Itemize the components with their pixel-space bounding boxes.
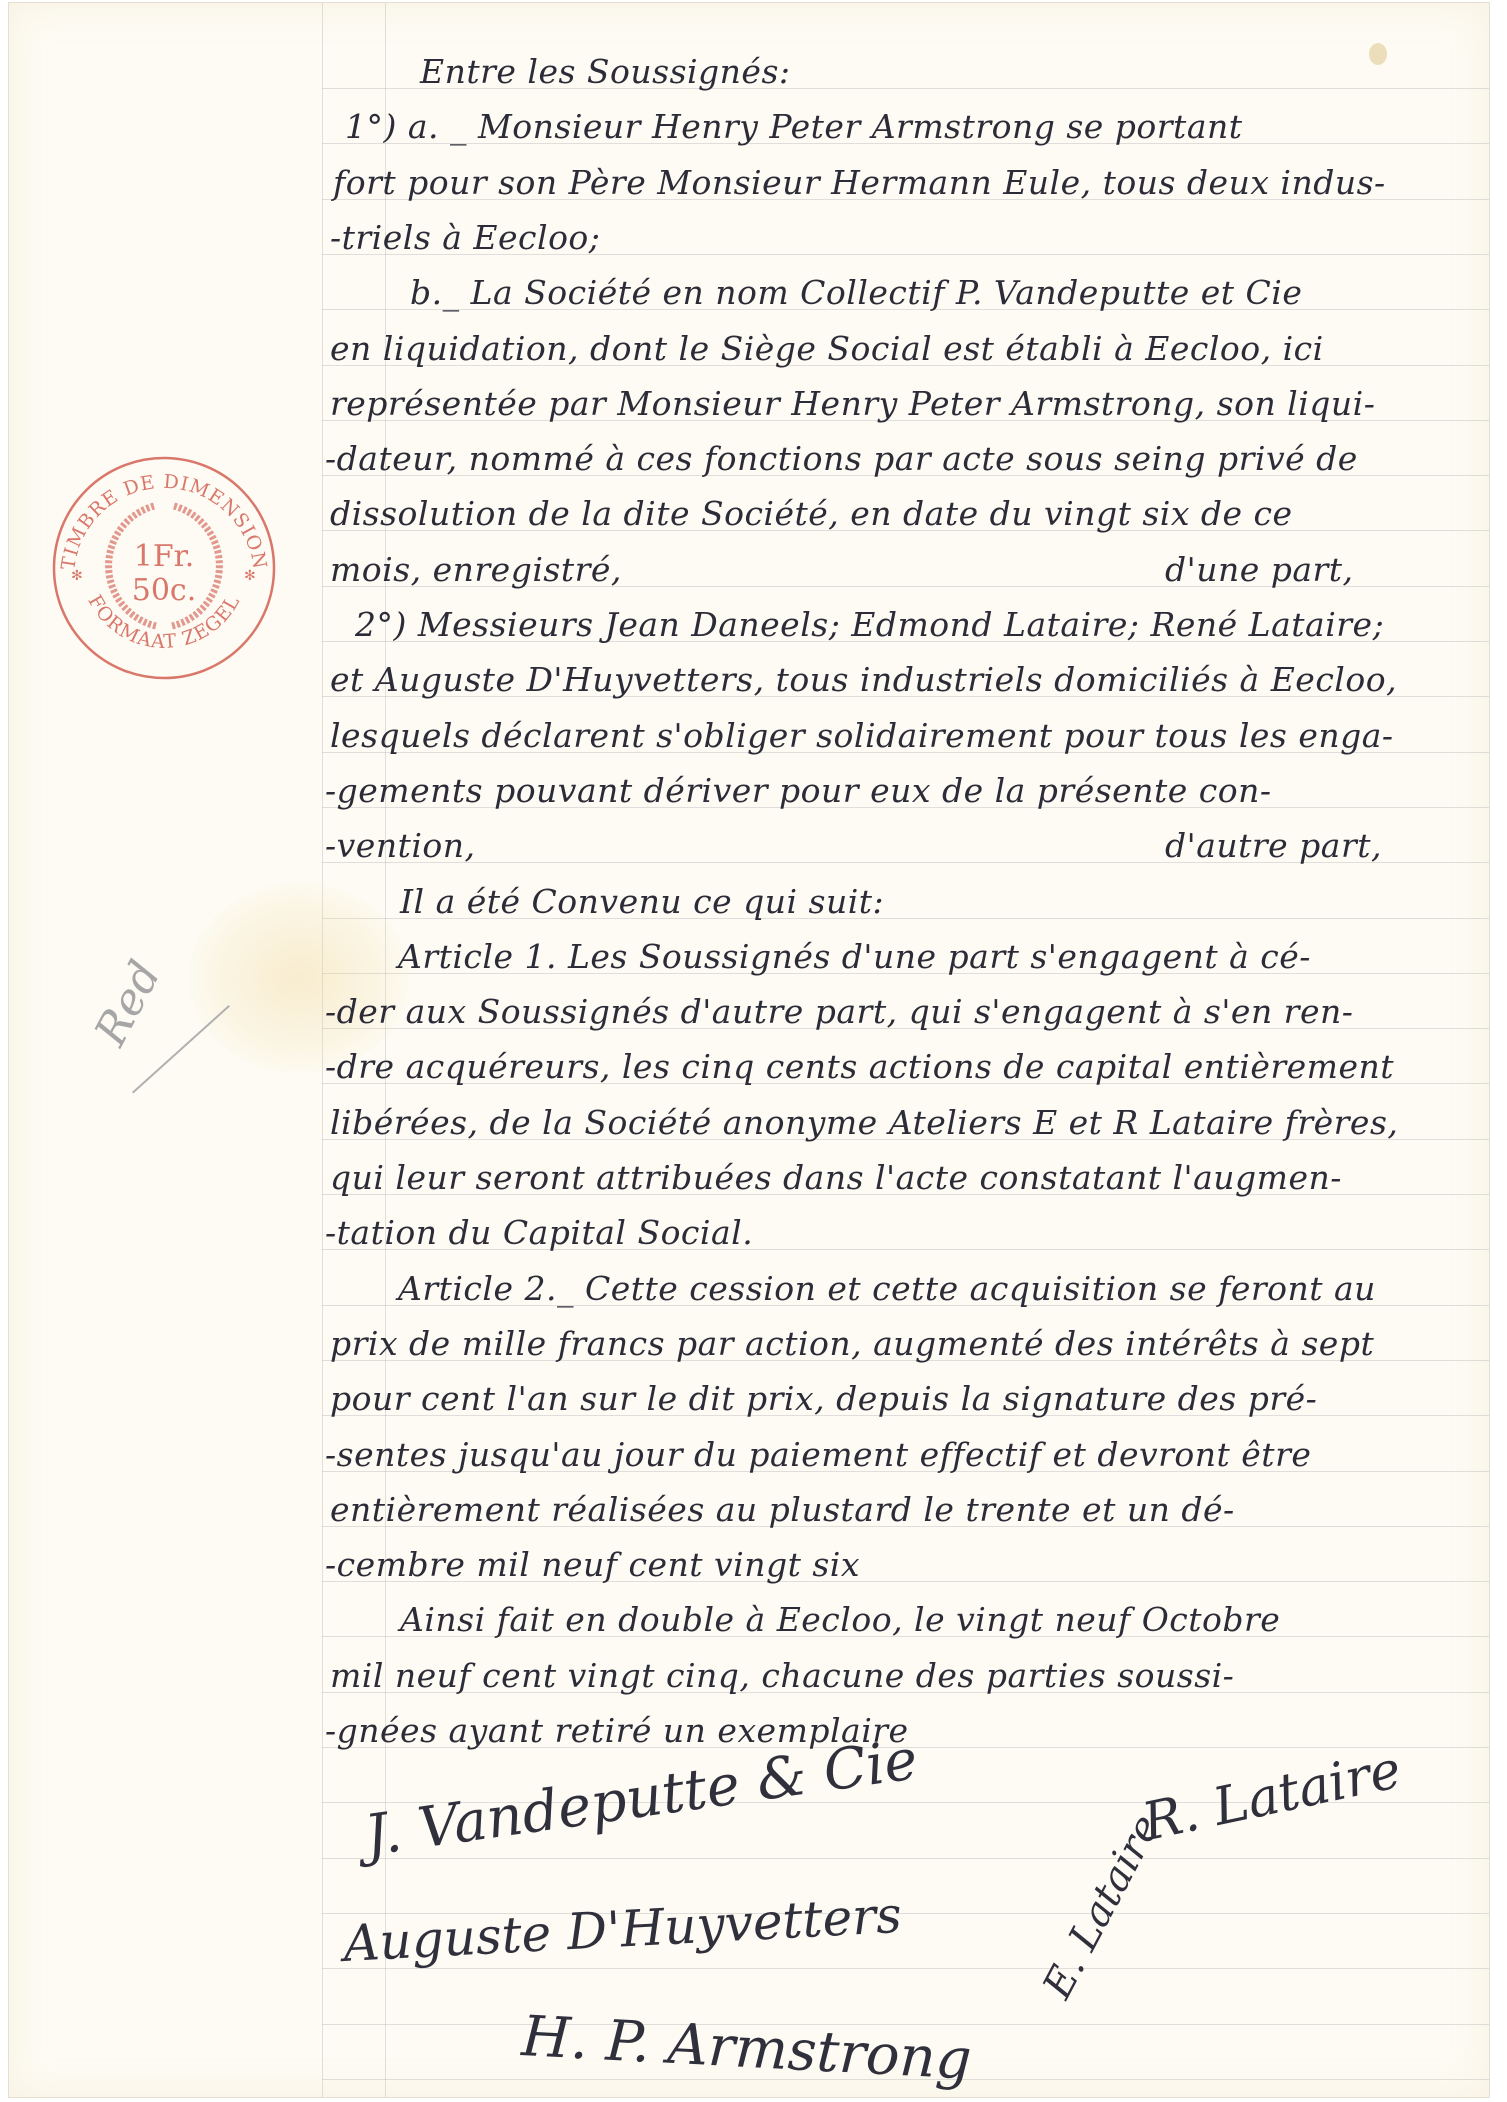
text-line: fort pour son Père Monsieur Hermann Eule…: [333, 166, 1386, 199]
text-line-right: d'autre part,: [1165, 829, 1382, 862]
stamp-star-icon-left: ✻: [71, 568, 83, 584]
text-line: 2°) Messieurs Jean Daneels; Edmond Latai…: [355, 608, 1384, 641]
text-line: Entre les Soussignés:: [420, 55, 791, 88]
text-line: Ainsi fait en double à Eecloo, le vingt …: [400, 1603, 1280, 1636]
stamp-star-icon-right: ✻: [244, 568, 256, 584]
text-line: b._ La Société en nom Collectif P. Vande…: [410, 276, 1302, 309]
text-line: qui leur seront attribuées dans l'acte c…: [330, 1161, 1342, 1194]
text-line: Article 2._ Cette cession et cette acqui…: [398, 1272, 1376, 1305]
text-line: -tation du Capital Social.: [325, 1216, 753, 1249]
text-line: prix de mille francs par action, augment…: [330, 1327, 1374, 1360]
text-line: mil neuf cent vingt cinq, chacune des pa…: [330, 1659, 1234, 1692]
text-line: -sentes jusqu'au jour du paiement effect…: [325, 1438, 1311, 1471]
text-line: -der aux Soussignés d'autre part, qui s'…: [325, 995, 1353, 1028]
stamp-value-centimes: 50c.: [132, 573, 197, 608]
text-line: -triels à Eecloo;: [330, 221, 600, 254]
text-line: lesquels déclarent s'obliger solidaireme…: [330, 719, 1394, 752]
text-line-right: d'une part,: [1165, 553, 1354, 586]
text-line: et Auguste D'Huyvetters, tous industriel…: [330, 663, 1397, 696]
paper-spot: [1369, 43, 1387, 65]
stamp-value-francs: 1Fr.: [134, 539, 194, 574]
text-line: 1°) a. _ Monsieur Henry Peter Armstrong …: [345, 110, 1243, 143]
text-line: pour cent l'an sur le dit prix, depuis l…: [330, 1382, 1317, 1415]
text-line: dissolution de la dite Société, en date …: [330, 497, 1293, 530]
text-line: Article 1. Les Soussignés d'une part s'e…: [398, 940, 1311, 973]
text-line: -dre acquéreurs, les cinq cents actions …: [325, 1050, 1394, 1083]
text-line: en liquidation, dont le Siège Social est…: [330, 332, 1324, 365]
paper-stain: [189, 883, 409, 1073]
text-line: entièrement réalisées au plustard le tre…: [330, 1493, 1235, 1526]
text-line: Il a été Convenu ce qui suit:: [400, 885, 884, 918]
text-line: libérées, de la Société anonyme Ateliers…: [330, 1106, 1398, 1139]
text-line: mois, enregistré,: [330, 553, 622, 586]
text-line: -dateur, nommé à ces fonctions par acte …: [325, 442, 1358, 475]
fiscal-stamp: TIMBRE DE DIMENSION FORMAAT ZEGEL ✻ ✻ 1F…: [46, 450, 282, 686]
ruled-line: [322, 1858, 1489, 1859]
text-line: -vention,: [325, 829, 476, 862]
text-line: -cembre mil neuf cent vingt six: [325, 1548, 860, 1581]
text-line: représentée par Monsieur Henry Peter Arm…: [330, 387, 1375, 420]
ruled-line: [322, 1968, 1489, 1969]
text-line: -gements pouvant dériver pour eux de la …: [325, 774, 1272, 807]
